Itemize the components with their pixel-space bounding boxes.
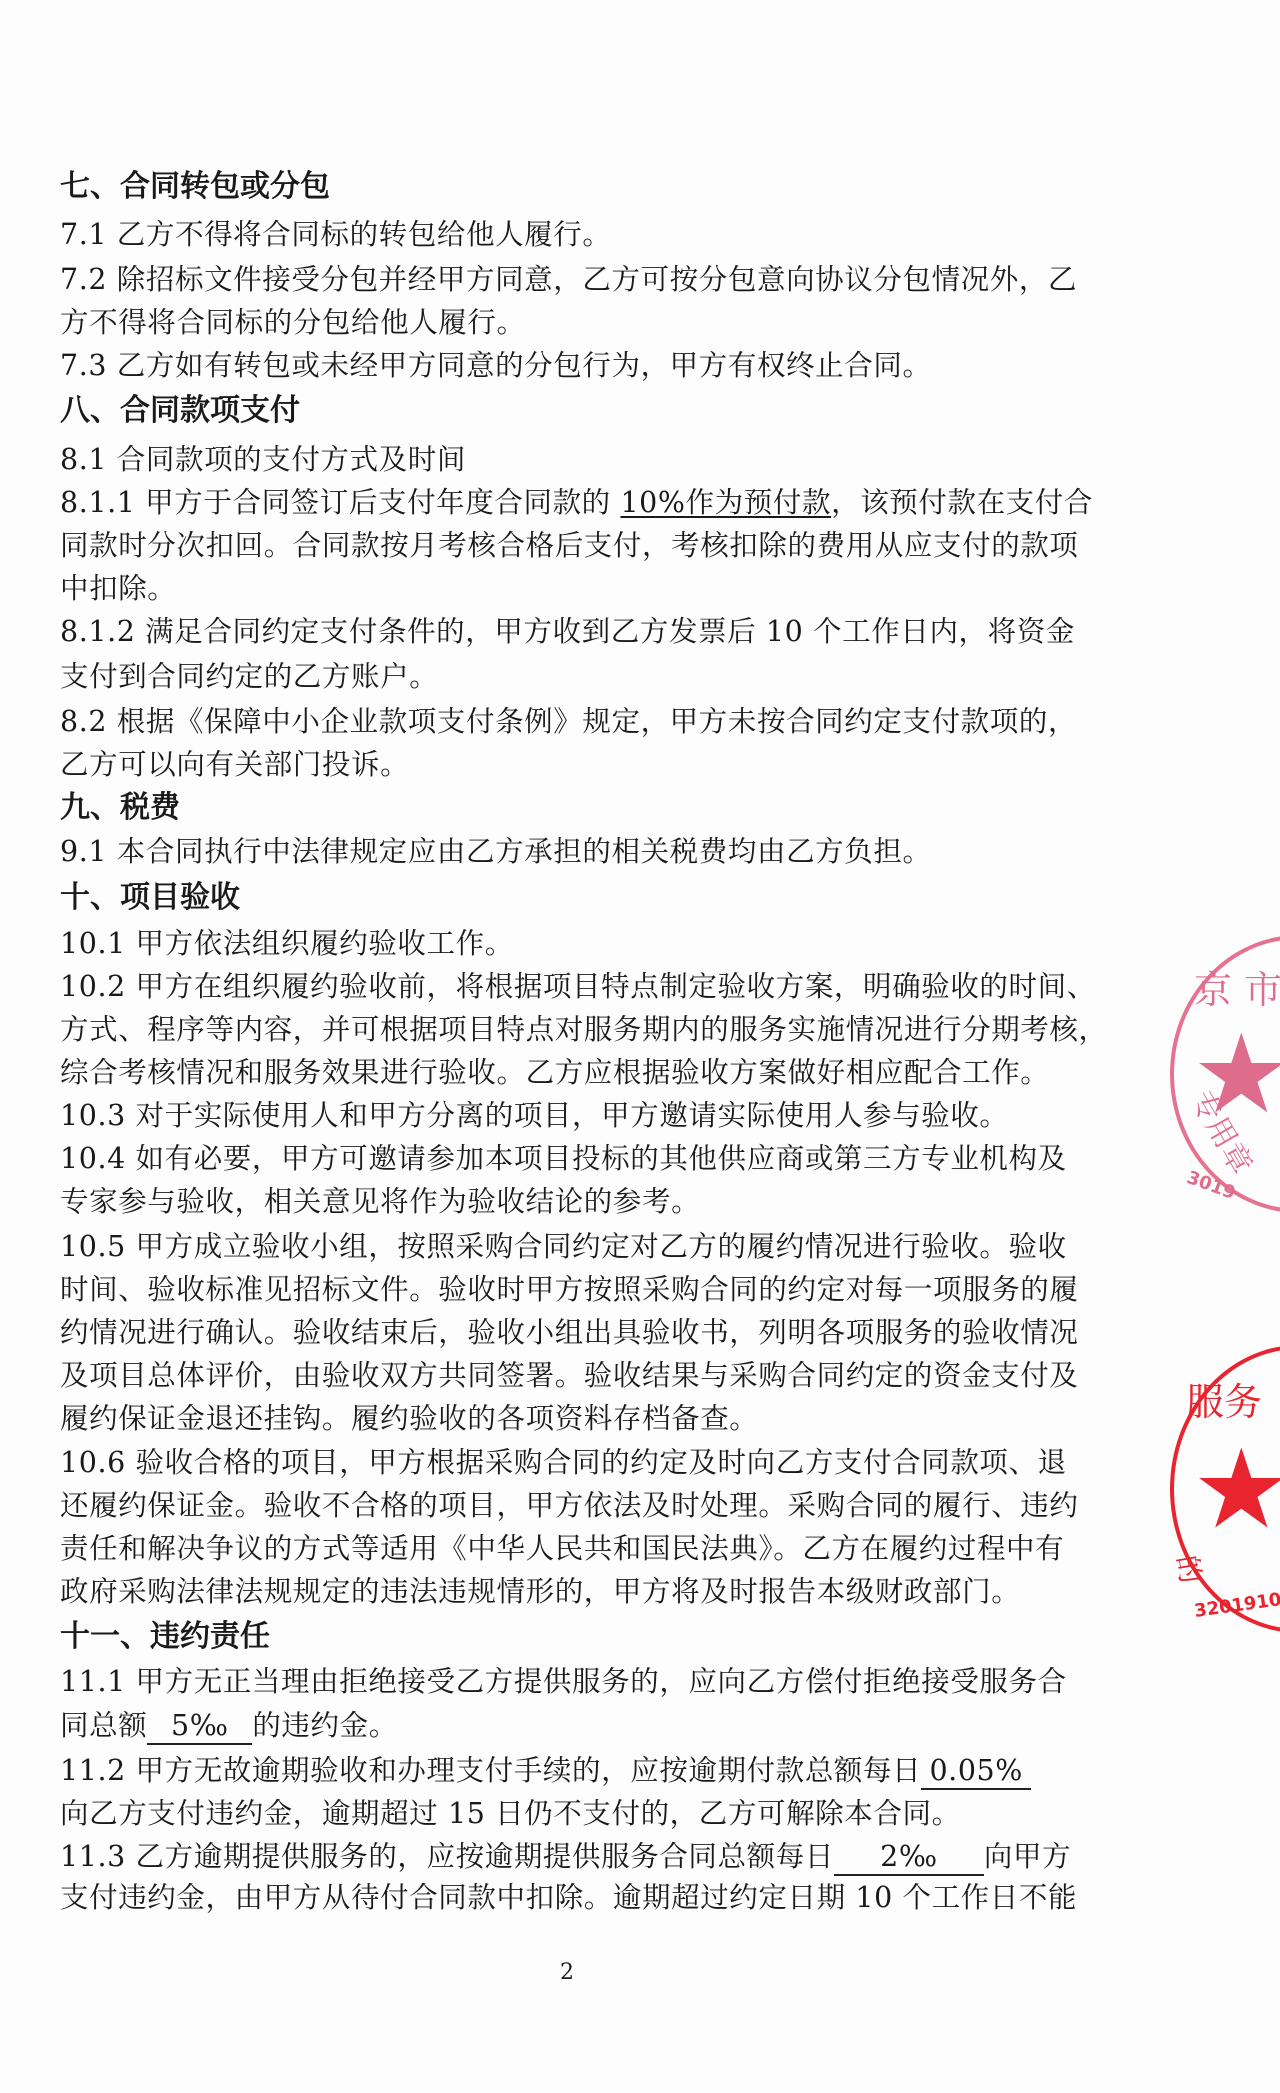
text-line: 时间、验收标准见招标文件。验收时甲方按照采购合同的约定对每一项服务的履 <box>60 1270 1079 1310</box>
section-heading: 八、合同款项支付 <box>60 391 300 431</box>
text-line: 及项目总体评价，由验收双方共同签署。验收结果与采购合同约定的资金支付及 <box>60 1356 1079 1396</box>
seal-top-text: 京 市 <box>1194 959 1280 1014</box>
star-icon: ★ <box>1192 1434 1280 1544</box>
filled-blank: 2‰ <box>834 1840 984 1876</box>
text-segment: 8.1.1 甲方于合同签订后支付年度合同款的 <box>60 486 620 519</box>
text-line: 11.2 甲方无故逾期验收和办理支付手续的，应按逾期付款总额每日 0.05% <box>60 1751 1031 1791</box>
underlined-term: 10%作为预付款 <box>620 486 831 519</box>
seal-top-text: 服务 <box>1186 1371 1262 1426</box>
text-line: 履约保证金退还挂钩。履约验收的各项资料存档备查。 <box>60 1399 758 1439</box>
text-line: 11.1 甲方无正当理由拒绝接受乙方提供服务的，应向乙方偿付拒绝接受服务合 <box>60 1662 1067 1702</box>
text-line: 支付到合同约定的乙方账户。 <box>60 657 438 697</box>
text-line: 乙方可以向有关部门投诉。 <box>60 745 409 785</box>
text-line: 向乙方支付违约金，逾期超过 15 日仍不支付的，乙方可解除本合同。 <box>60 1794 961 1834</box>
filled-blank: 5‰ <box>147 1709 252 1745</box>
text-line: 10.3 对于实际使用人和甲方分离的项目，甲方邀请实际使用人参与验收。 <box>60 1096 1009 1136</box>
text-line: 8.2 根据《保障中小企业款项支付条例》规定，甲方未按合同约定支付款项的， <box>60 702 1077 742</box>
section-heading: 七、合同转包或分包 <box>60 167 330 207</box>
text-line: 7.2 除招标文件接受分包并经甲方同意，乙方可按分包意向协议分包情况外，乙 <box>60 260 1077 300</box>
text-line: 约情况进行确认。验收结束后，验收小组出具验收书，列明各项服务的验收情况 <box>60 1313 1079 1353</box>
section-heading: 十、项目验收 <box>60 878 240 918</box>
seal-bottom-text: 的 <box>1168 1552 1212 1587</box>
text-line: 10.1 甲方依法组织履约验收工作。 <box>60 924 514 964</box>
text-line: 政府采购法律法规规定的违法违规情形的，甲方将及时报告本级财政部门。 <box>60 1572 1020 1612</box>
text-line: 10.5 甲方成立验收小组，按照采购合同约定对乙方的履约情况进行验收。验收 <box>60 1227 1067 1267</box>
text-line: 10.2 甲方在组织履约验收前，将根据项目特点制定验收方案，明确验收的时间、 <box>60 967 1096 1007</box>
section-heading: 十一、违约责任 <box>60 1617 270 1657</box>
text-line: 还履约保证金。验收不合格的项目，甲方依法及时处理。采购合同的履行、违约 <box>60 1486 1079 1526</box>
text-segment: 11.2 甲方无故逾期验收和办理支付手续的，应按逾期付款总额每日 <box>60 1754 921 1787</box>
text-segment: 11.3 乙方逾期提供服务的，应按逾期提供服务合同总额每日 <box>60 1840 834 1873</box>
text-line: 支付违约金，由甲方从待付合同款中扣除。逾期超过约定日期 10 个工作日不能 <box>60 1878 1077 1918</box>
text-line: 9.1 本合同执行中法律规定应由乙方承担的相关税费均由乙方负担。 <box>60 832 932 872</box>
filled-blank: 0.05% <box>921 1754 1031 1790</box>
text-line: 8.1.2 满足合同约定支付条件的，甲方收到乙方发票后 10 个工作日内，将资金 <box>60 612 1075 652</box>
text-line: 同款时分次扣回。合同款按月考核合格后支付，考核扣除的费用从应支付的款项 <box>60 526 1079 566</box>
text-line: 8.1.1 甲方于合同签订后支付年度合同款的 10%作为预付款，该预付款在支付合 <box>60 483 1093 523</box>
text-line: 中扣除。 <box>60 569 176 609</box>
text-segment: 向甲方 <box>984 1840 1071 1873</box>
page-number: 2 <box>560 1960 574 1985</box>
text-line: 10.6 验收合格的项目，甲方根据采购合同的约定及时向乙方支付合同款项、退 <box>60 1443 1067 1483</box>
text-segment: 同总额 <box>60 1709 147 1742</box>
text-line: 同总额5‰的违约金。 <box>60 1706 398 1746</box>
text-line: 责任和解决争议的方式等适用《中华人民共和国民法典》。乙方在履约过程中有 <box>60 1529 1064 1569</box>
text-line: 8.1 合同款项的支付方式及时间 <box>60 440 466 480</box>
text-line: 专家参与验收，相关意见将作为验收结论的参考。 <box>60 1182 700 1222</box>
text-segment: 的违约金。 <box>252 1709 398 1742</box>
text-line: 11.3 乙方逾期提供服务的，应按逾期提供服务合同总额每日2‰向甲方 <box>60 1837 1071 1877</box>
text-line: 综合考核情况和服务效果进行验收。乙方应根据验收方案做好相应配合工作。 <box>60 1053 1049 1093</box>
text-line: 方不得将合同标的分包给他人履行。 <box>60 303 526 343</box>
text-line: 7.1 乙方不得将合同标的转包给他人履行。 <box>60 215 612 255</box>
text-line: 7.3 乙方如有转包或未经甲方同意的分包行为，甲方有权终止合同。 <box>60 346 932 386</box>
document-page: 七、合同转包或分包7.1 乙方不得将合同标的转包给他人履行。7.2 除招标文件接… <box>0 0 1280 2093</box>
section-heading: 九、税费 <box>60 788 180 828</box>
text-segment: ，该预付款在支付合 <box>831 486 1093 519</box>
text-line: 方式、程序等内容，并可根据项目特点对服务期内的服务实施情况进行分期考核， <box>60 1010 1108 1050</box>
text-line: 10.4 如有必要，甲方可邀请参加本项目投标的其他供应商或第三方专业机构及 <box>60 1139 1067 1179</box>
